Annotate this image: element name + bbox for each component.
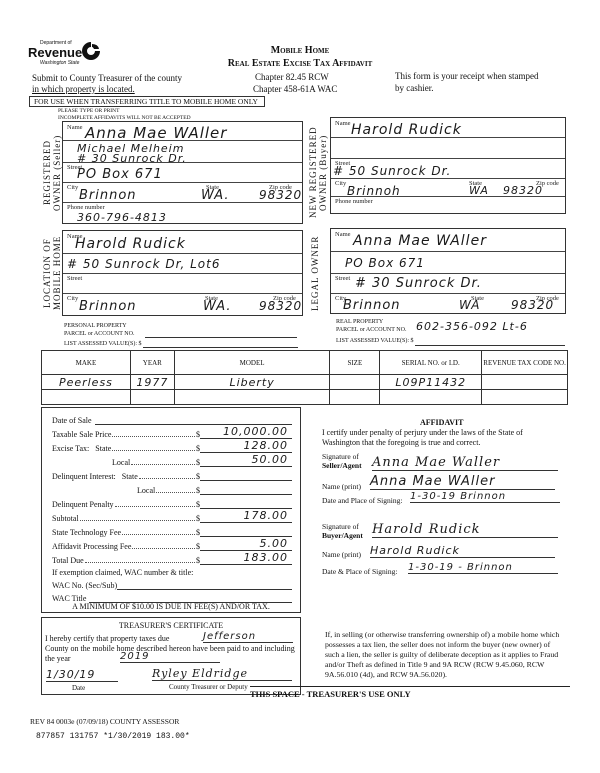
receipt-note: This form is your receipt when stamped b…: [395, 70, 545, 94]
date-of-sale-field[interactable]: [95, 415, 292, 425]
fee-leader: [112, 436, 195, 437]
cashier-stamp: 877857 131757 *1/30/2019 183.00*: [36, 732, 190, 741]
treasurer-certificate-title: TREASURER'S CERTIFICATE: [42, 621, 300, 630]
seller-street-field[interactable]: PO Box 671: [77, 167, 163, 182]
fee-leader: [80, 520, 195, 521]
location-box: Name Harold Rudick # 50 Sunrock Dr, Lot6…: [62, 230, 303, 316]
dor-name-text: Revenue: [28, 45, 82, 60]
treasurer-text-1: I hereby certify that property taxes due: [45, 634, 169, 643]
buyer-label-1: NEW REGISTERED: [308, 127, 318, 219]
fee-row: Delinquent Interest: State$: [52, 467, 292, 481]
seller-name-label: Name: [67, 124, 83, 131]
mh-header-4: SERIAL NO. or I.D.: [380, 351, 482, 375]
treasurer-year-field[interactable]: 2019: [120, 651, 220, 663]
mh-cell[interactable]: Peerless: [42, 375, 131, 390]
location-label-1: LOCATION OF: [42, 238, 52, 308]
fee-label: Delinquent Penalty: [52, 500, 114, 509]
treasurer-use-only-label: THIS SPACE - TREASURER'S USE ONLY: [250, 689, 411, 699]
fee-row: Affidavit Processing Fee$5.00: [52, 537, 292, 551]
fee-value-field[interactable]: 178.00: [200, 509, 292, 523]
fee-leader: [112, 450, 195, 451]
buyer-name-print-label: Name (print): [322, 550, 361, 559]
seller-phone-field[interactable]: 360-796-4813: [77, 211, 167, 224]
seller-box: Name Anna Mae WAller Michael Melheim # 3…: [62, 121, 303, 224]
date-of-sale-label: Date of Sale: [52, 416, 92, 425]
mh-cell[interactable]: [482, 375, 568, 390]
fee-label: Affidavit Processing Fee: [52, 542, 131, 551]
mobile-home-table: MAKEYEARMODELSIZESERIAL NO. or I.D.REVEN…: [41, 350, 568, 405]
fee-label: Excise Tax: State: [52, 444, 111, 453]
fee-value-field[interactable]: 183.00: [200, 551, 292, 565]
mh-cell[interactable]: [174, 390, 330, 405]
fee-value-field[interactable]: 10,000.00: [200, 425, 292, 439]
location-city-field[interactable]: Brinnon: [79, 299, 137, 314]
form-title: Mobile Home Real Estate Excise Tax Affid…: [200, 44, 400, 70]
seller-name-line3-field[interactable]: # 30 Sunrock Dr.: [77, 152, 187, 165]
mh-cell[interactable]: [42, 390, 131, 405]
seller-label-1: REGISTERED: [42, 140, 52, 205]
buyer-label-2: OWNER (Buyer): [318, 134, 328, 210]
fee-leader: [115, 506, 195, 507]
fee-label: Delinquent Interest: State: [52, 472, 138, 481]
buyer-signature-label: Signature of Buyer/Agent: [322, 522, 363, 540]
fee-label: Taxable Sale Price: [52, 430, 111, 439]
assessed-left-label: LIST ASSESSED VALUE(S): $: [64, 341, 142, 347]
submit-instruction-2: in which property is located.: [32, 84, 135, 94]
treasurer-sig-label: County Treasurer or Deputy: [169, 683, 248, 691]
fee-value-field[interactable]: 50.00: [200, 453, 292, 467]
type-note: PLEASE TYPE OR PRINT: [58, 108, 119, 114]
seller-signature-field[interactable]: Anna Mae Waller: [372, 455, 558, 471]
seller-city-field[interactable]: Brinnon: [79, 188, 137, 203]
location-section-label: LOCATION OF MOBILE HOME: [42, 232, 64, 314]
affidavit-title: AFFIDAVIT: [420, 418, 463, 427]
seller-phone-label: Phone number: [67, 204, 105, 211]
buyer-city-label: City: [335, 180, 346, 187]
table-row: [42, 390, 568, 405]
dor-logo-icon: [80, 40, 102, 62]
fee-label: Total Due: [52, 556, 84, 565]
wac-title-row: WAC Title: [52, 589, 292, 603]
buyer-street-field[interactable]: # 50 Sunrock Dr.: [333, 164, 451, 178]
personal-parcel-label-2: PARCEL or ACCOUNT NO.: [64, 330, 134, 338]
buyer-zip-field[interactable]: 98320: [503, 184, 543, 197]
treasurer-county-field[interactable]: Jefferson: [203, 631, 293, 643]
personal-parcel-field[interactable]: [145, 330, 297, 338]
seller-label-2: OWNER (Seller): [52, 134, 62, 210]
legal-owner-city-field[interactable]: Brinnon: [343, 298, 401, 313]
location-street-label: Street: [67, 275, 82, 282]
location-city-label: City: [67, 295, 78, 302]
fee-row: State Technology Fee$: [52, 523, 292, 537]
fee-label: Local: [137, 486, 155, 495]
seller-section-label: REGISTERED OWNER (Seller): [42, 125, 64, 220]
legal-owner-box: Name Anna Mae WAller PO Box 671 Street #…: [330, 228, 566, 314]
seller-signature-label: Signature of Seller/Agent: [322, 452, 362, 470]
form-title-line2: Real Estate Excise Tax Affidavit: [200, 57, 400, 70]
legal-owner-name-label: Name: [335, 231, 351, 238]
real-parcel-label: REAL PROPERTY PARCEL or ACCOUNT NO.: [336, 318, 406, 334]
date-of-sale-row: Date of Sale: [52, 411, 292, 425]
treasurer-certificate-box: TREASURER'S CERTIFICATE I hereby certify…: [41, 617, 301, 695]
fees-box: Date of Sale Taxable Sale Price$10,000.0…: [41, 407, 301, 613]
mh-cell[interactable]: [330, 375, 380, 390]
assessed-left-field[interactable]: [143, 340, 298, 348]
real-parcel-field[interactable]: 602-356-092 Lt-6: [416, 320, 528, 333]
chapter-rcw: Chapter 82.45 RCW: [255, 72, 329, 82]
treasurer-date-label: Date: [72, 684, 85, 692]
personal-parcel-label-1: PERSONAL PROPERTY: [64, 322, 134, 330]
fee-leader: [156, 492, 195, 493]
buyer-signature-label-1: Signature of: [322, 522, 363, 531]
seller-date-place-field[interactable]: 1-30-19 Brinnon: [410, 491, 560, 503]
dor-logo: Department of Revenue Washington State: [28, 40, 103, 70]
fee-label: State Technology Fee: [52, 528, 121, 537]
table-row: Peerless1977LibertyL09P11432: [42, 375, 568, 390]
legal-owner-street-label: Street: [335, 275, 350, 282]
mh-cell[interactable]: [330, 390, 380, 405]
mh-header-3: SIZE: [330, 351, 380, 375]
location-label-2: MOBILE HOME: [52, 236, 62, 310]
buyer-date-place-field[interactable]: 1-30-19 - Brinnon: [408, 562, 558, 574]
seller-city-label: City: [67, 184, 78, 191]
mh-cell[interactable]: [482, 390, 568, 405]
seller-signature-label-2: Seller/Agent: [322, 461, 362, 470]
fee-row: Local$: [52, 481, 292, 495]
real-parcel-label-1: REAL PROPERTY: [336, 318, 406, 326]
fee-row: Subtotal$178.00: [52, 509, 292, 523]
location-name-field[interactable]: Harold Rudick: [75, 236, 186, 252]
buyer-name-field[interactable]: Harold Rudick: [351, 122, 462, 138]
fee-value-field[interactable]: 128.00: [200, 439, 292, 453]
treasurer-date-field[interactable]: 1/30/19: [46, 668, 118, 682]
seller-state-field[interactable]: WA.: [201, 188, 229, 203]
fee-leader: [85, 562, 195, 563]
mh-header-0: MAKE: [42, 351, 131, 375]
legal-owner-state-field[interactable]: WA: [459, 298, 480, 312]
mh-cell[interactable]: [130, 390, 174, 405]
assessed-right-label: LIST ASSESSED VALUE(S): $: [336, 338, 414, 344]
mh-cell[interactable]: L09P11432: [380, 375, 482, 390]
buyer-section-label: NEW REGISTERED OWNER (Buyer): [308, 125, 330, 220]
personal-parcel-label: PERSONAL PROPERTY PARCEL or ACCOUNT NO.: [64, 322, 134, 338]
transfer-banner: FOR USE WHEN TRANSFERRING TITLE TO MOBIL…: [29, 96, 265, 107]
fee-label: Subtotal: [52, 514, 79, 523]
mh-header-5: REVENUE TAX CODE NO.: [482, 351, 568, 375]
seller-name-field[interactable]: Anna Mae WAller: [85, 124, 227, 142]
legal-owner-zip-field[interactable]: 98320: [511, 298, 554, 312]
fee-leader: [139, 478, 195, 479]
legal-owner-line2-field[interactable]: PO Box 671: [345, 256, 425, 270]
mh-cell[interactable]: Liberty: [174, 375, 330, 390]
fee-leader: [132, 548, 195, 549]
buyer-name-label: Name: [335, 120, 351, 127]
fee-leader: [131, 464, 195, 465]
form-title-line1: Mobile Home: [200, 44, 400, 57]
seller-name-print-field[interactable]: Anna Mae WAller: [370, 474, 555, 490]
buyer-date-place-label: Date & Place of Signing:: [322, 567, 397, 576]
dor-state-text: Washington State: [40, 60, 79, 66]
fee-leader: [122, 534, 195, 535]
legal-owner-section-label: LEGAL OWNER: [310, 232, 326, 314]
form-id: REV 84 0003e (07/09/18) COUNTY ASSESSOR: [30, 717, 179, 726]
legal-owner-name-field[interactable]: Anna Mae WAller: [353, 233, 487, 249]
fee-label: Local: [112, 458, 130, 467]
mh-header-2: MODEL: [174, 351, 330, 375]
treasurer-use-divider: [250, 686, 570, 687]
minimum-note: A MINIMUM OF $10.00 IS DUE IN FEE(S) AND…: [42, 602, 300, 611]
seller-name-print-label: Name (print): [322, 482, 361, 491]
mh-header-1: YEAR: [130, 351, 174, 375]
real-parcel-label-2: PARCEL or ACCOUNT NO.: [336, 326, 406, 334]
buyer-city-field[interactable]: Brinnoh: [347, 184, 401, 198]
buyer-signature-label-2: Buyer/Agent: [322, 531, 363, 540]
seller-date-place-label: Date and Place of Signing:: [322, 496, 402, 505]
fee-row: Taxable Sale Price$10,000.00: [52, 425, 292, 439]
assessed-right-field[interactable]: [415, 338, 565, 346]
wac-no-row: WAC No. (Sec/Sub): [52, 576, 292, 590]
mh-cell[interactable]: [380, 390, 482, 405]
submit-instruction-1: Submit to County Treasurer of the county: [32, 73, 182, 83]
buyer-box: Name Harold Rudick Street # 50 Sunrock D…: [330, 117, 566, 214]
legal-owner-street-field[interactable]: # 30 Sunrock Dr.: [355, 276, 482, 291]
fee-row: Total Due$183.00: [52, 551, 292, 565]
location-zip-field[interactable]: 98320: [259, 299, 302, 313]
treasurer-signature-field[interactable]: Ryley Eldridge: [152, 667, 292, 681]
buyer-signature-field[interactable]: Harold Rudick: [372, 522, 558, 538]
fee-row: Delinquent Penalty$: [52, 495, 292, 509]
fee-value-field[interactable]: 5.00: [200, 537, 292, 551]
seller-signature-label-1: Signature of: [322, 452, 362, 461]
buyer-name-print-field[interactable]: Harold Rudick: [370, 544, 555, 558]
location-state-field[interactable]: WA.: [203, 299, 231, 314]
buyer-state-field[interactable]: WA: [469, 184, 489, 197]
buyer-phone-label: Phone number: [335, 198, 373, 205]
mh-cell[interactable]: 1977: [130, 375, 174, 390]
affidavit-statement: I certify under penalty of perjury under…: [322, 428, 552, 448]
chapter-wac: Chapter 458-61A WAC: [253, 84, 337, 94]
seller-zip-field[interactable]: 98320: [259, 188, 302, 202]
lien-notice: If, in selling (or otherwise transferrin…: [325, 630, 565, 680]
fee-row: Local$50.00: [52, 453, 292, 467]
location-line2-field[interactable]: # 50 Sunrock Dr, Lot6: [67, 257, 221, 271]
fee-row: Excise Tax: State$128.00: [52, 439, 292, 453]
